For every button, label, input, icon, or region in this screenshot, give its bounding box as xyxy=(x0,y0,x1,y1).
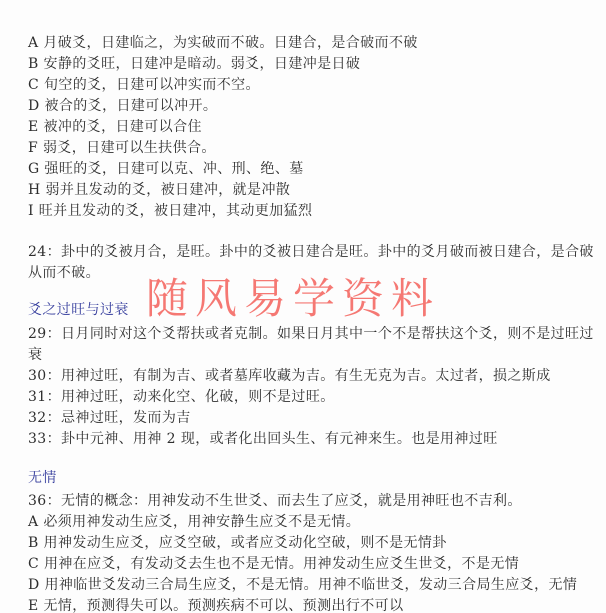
text-line: D 用神临世爻发动三合局生应爻，不是无情。用神不临世爻，发动三合局生应爻，无情 xyxy=(28,575,606,596)
text-line: I 旺并且发动的爻，被日建冲，其动更加猛烈 xyxy=(28,201,606,222)
text-line: A 必须用神发动生应爻，用神安静生应爻不是无情。 xyxy=(28,512,606,533)
text-line: 31：用神过旺，动来化空、化破，则不是过旺。 xyxy=(28,387,606,408)
text-line: E 无情，预测得失可以。预测疾病不可以、预测出行不可以 xyxy=(28,596,606,613)
text-line: H 弱并且发动的爻，被日建冲，就是冲散 xyxy=(28,180,606,201)
text-line: 32：忌神过旺，发而为吉 xyxy=(28,408,606,429)
document-page: 随风易学资料 A 月破爻，日建临之，为实破而不破。日建合，是合破而不破B 安静的… xyxy=(0,0,606,613)
section-heading-wuqing: 无情 xyxy=(28,468,606,489)
text-line: B 安静的爻旺，日建冲是暗动。弱爻，日建冲是日破 xyxy=(28,54,606,75)
text-line: E 被冲的爻，日建可以合住 xyxy=(28,117,606,138)
wuqing-rules-list: 36：无情的概念：用神发动不生世爻、而去生了应爻，就是用神旺也不吉利。A 必须用… xyxy=(28,491,606,613)
text-line: 30：用神过旺，有制为吉、或者墓库收藏为吉。有生无克为吉。太过者，损之斯成 xyxy=(28,366,606,387)
text-line: G 强旺的爻，日建可以克、冲、刑、绝、墓 xyxy=(28,159,606,180)
text-line: 29：日月同时对这个爻帮扶或者克制。如果日月其中一个不是帮扶这个爻，则不是过旺过… xyxy=(28,324,606,366)
watermark-text: 随风易学资料 xyxy=(146,276,440,322)
text-line: D 被合的爻，日建可以冲开。 xyxy=(28,96,606,117)
guowang-rules-list: 29：日月同时对这个爻帮扶或者克制。如果日月其中一个不是帮扶这个爻，则不是过旺过… xyxy=(28,324,606,450)
day-jian-rules-list: A 月破爻，日建临之，为实破而不破。日建合，是合破而不破B 安静的爻旺，日建冲是… xyxy=(28,33,606,222)
text-line: C 旬空的爻，日建可以冲实而不空。 xyxy=(28,75,606,96)
text-line: 36：无情的概念：用神发动不生世爻、而去生了应爻，就是用神旺也不吉利。 xyxy=(28,491,606,512)
text-line: A 月破爻，日建临之，为实破而不破。日建合，是合破而不破 xyxy=(28,33,606,54)
text-line: 33：卦中元神、用神 2 现，或者化出回头生、有元神来生。也是用神过旺 xyxy=(28,429,606,450)
document-content: A 月破爻，日建临之，为实破而不破。日建合，是合破而不破B 安静的爻旺，日建冲是… xyxy=(28,33,606,613)
text-line: F 弱爻，日建可以生扶供合。 xyxy=(28,138,606,159)
text-line: B 用神发动生应爻，应爻空破，或者应爻动化空破，则不是无情卦 xyxy=(28,533,606,554)
text-line: C 用神在应爻，有发动爻去生也不是无情。用神发动生应爻生世爻，不是无情 xyxy=(28,554,606,575)
